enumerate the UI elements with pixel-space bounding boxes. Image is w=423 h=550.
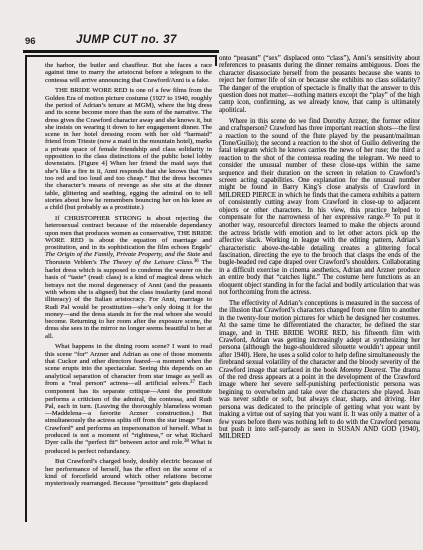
paragraph: Where in this scene do we find Dorothy A…	[219, 118, 420, 297]
paragraph: If CHRISTOPHER STRONG is about rejecting…	[45, 215, 212, 340]
paragraph: But Crawford’s charged body, doubly elec…	[45, 458, 212, 487]
body-text: If CHRISTOPHER STRONG is about rejecting…	[45, 215, 212, 251]
scanned-journal-page: 96 JUMP CUT no. 37 the harbor, the butle…	[0, 0, 423, 550]
right-column: onto “peasant” (“sex” displaced onto “cl…	[219, 55, 420, 525]
header-rule	[23, 50, 219, 53]
paragraph: What happens in the dining room scene? I…	[45, 343, 212, 454]
body-text: THE BRIDE WORE RED is one of a few films…	[45, 87, 212, 211]
footnote-ref: 37	[190, 380, 195, 385]
left-column: the harbor, the butler and chauffeur. Bu…	[25, 55, 217, 522]
footnote-ref: 39	[385, 214, 390, 219]
paragraph: onto “peasant” (“sex” displaced onto “cl…	[219, 55, 420, 114]
page-number: 96	[25, 36, 36, 47]
paragraph: The effectivity of Adrian’s conceptions …	[219, 300, 420, 441]
body-text: The drama of the red dress appears at a …	[219, 367, 420, 441]
footnote-ref: 36	[194, 259, 199, 264]
body-text: The effectivity of Adrian’s conceptions …	[219, 300, 420, 374]
footnote-ref: 38	[184, 439, 189, 444]
journal-title: JUMP CUT no. 37	[76, 34, 177, 46]
paragraph: THE BRIDE WORE RED is one of a few films…	[45, 87, 212, 211]
body-text: But Crawford’s charged body, doubly elec…	[45, 458, 212, 487]
body-text: What happens in the dining room scene? I…	[45, 343, 212, 386]
book-title-italic: Mommy Dearest.	[340, 367, 388, 374]
body-text: onto “peasant” (“sex” displaced onto “cl…	[219, 55, 420, 114]
book-title-italic: The Theory of the Leisure Class.	[100, 259, 194, 266]
body-text: Each component has its separate critique…	[45, 380, 212, 446]
body-text: the harbor, the butler and chauffeur. Bu…	[45, 62, 212, 84]
paragraph: the harbor, the butler and chauffeur. Bu…	[45, 62, 212, 84]
body-text: The harlot dress which is supposed to co…	[45, 259, 212, 340]
book-title-italic: The Origin of the Family, Private Proper…	[45, 251, 200, 258]
body-text: Where in this scene do we find Dorothy A…	[219, 118, 420, 221]
body-text: To put it another way, resourceful direc…	[219, 214, 420, 296]
